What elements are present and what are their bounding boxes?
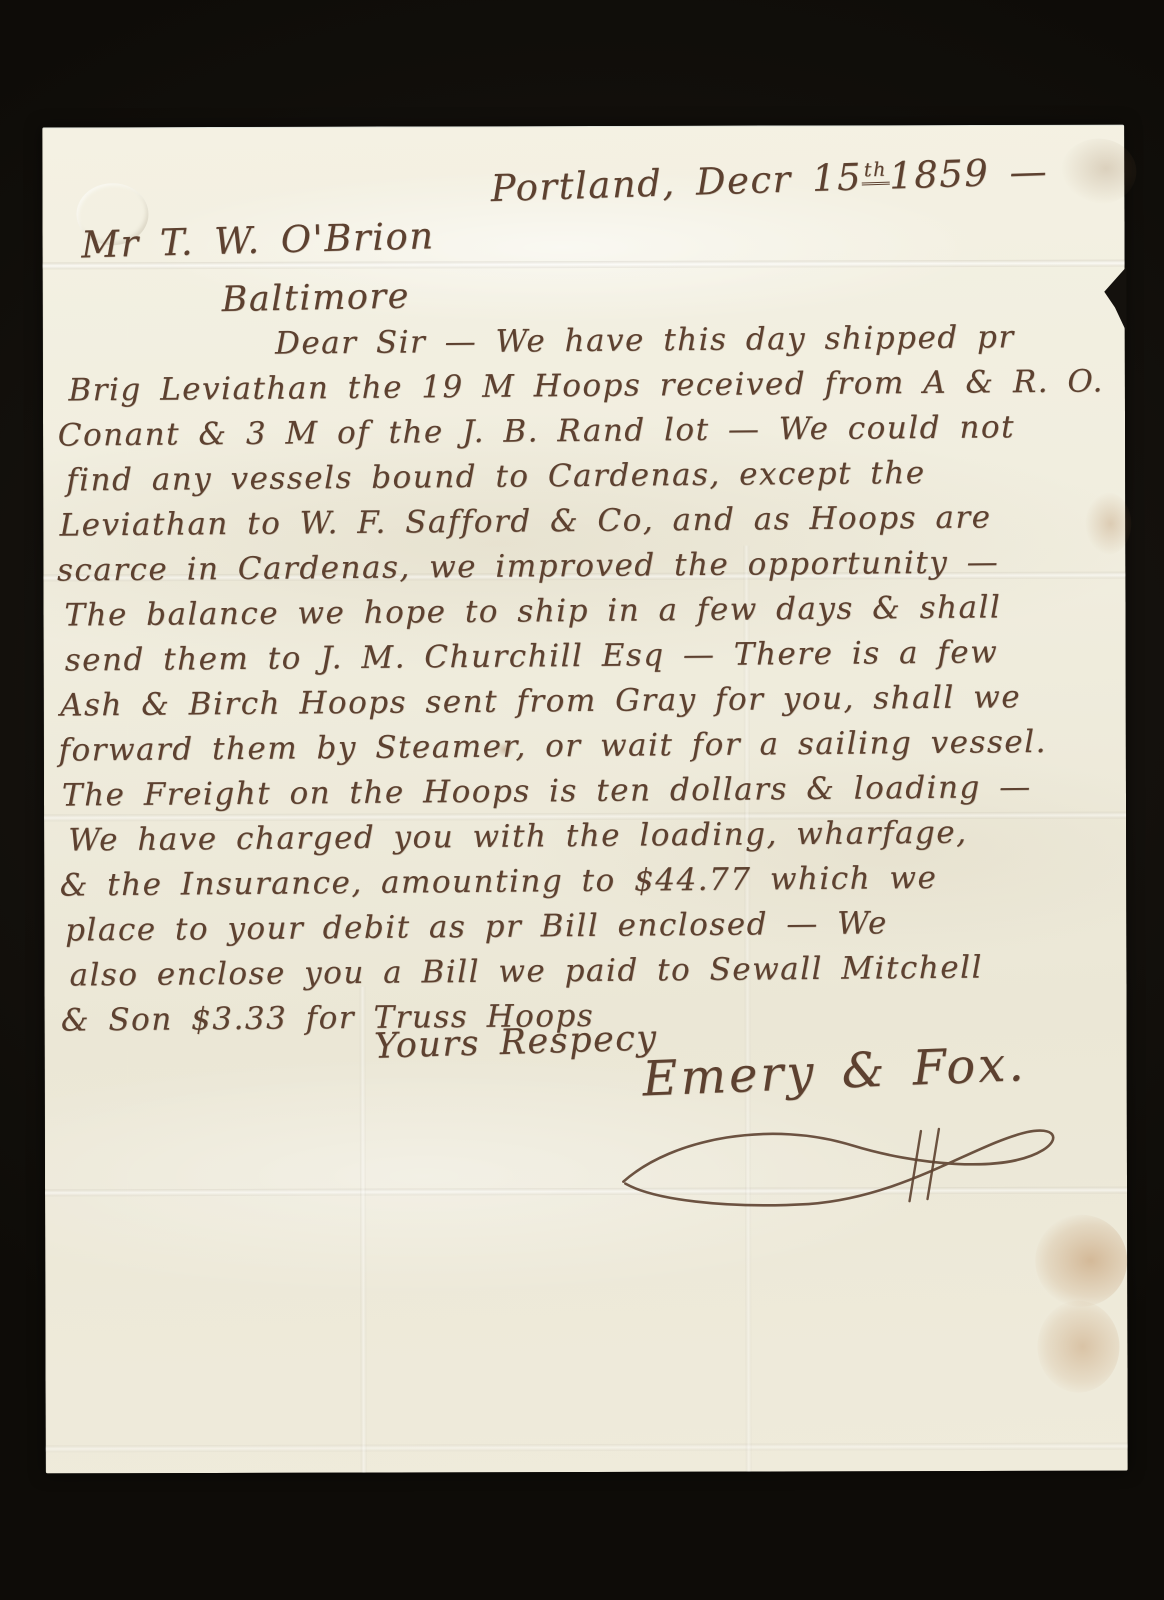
scan-background: Portland, Decr 15th1859 — Mr T. W. O'Bri… <box>0 0 1164 1600</box>
date-year: 1859 — <box>888 150 1048 198</box>
date-ordinal: th <box>861 157 889 185</box>
body-line: The balance we hope to ship in a few day… <box>64 589 1001 633</box>
body-line: The Freight on the Hoops is ten dollars … <box>62 769 1032 813</box>
handwritten-text: Portland, Decr 15th1859 — Mr T. W. O'Bri… <box>38 121 1132 1476</box>
body-line: We have charged you with the loading, wh… <box>68 815 967 859</box>
recipient-line: Mr T. W. O'Brion <box>81 214 436 266</box>
body-line: & the Insurance, amounting to $44.77 whi… <box>60 860 938 904</box>
body-line: Dear Sir — We have this day shipped pr <box>275 319 1015 361</box>
letter-paper: Portland, Decr 15th1859 — Mr T. W. O'Bri… <box>42 125 1128 1474</box>
body-line: send them to J. M. Churchill Esq — There… <box>65 634 999 678</box>
body-line: Conant & 3 M of the J. B. Rand lot — We … <box>58 409 1016 453</box>
closing-line: Yours Respecy <box>374 1018 659 1066</box>
body-line: also enclose you a Bill we paid to Sewal… <box>69 950 983 994</box>
body-line: find any vessels bound to Cardenas, exce… <box>66 455 926 498</box>
body-line: scarce in Cardenas, we improved the oppo… <box>57 544 999 588</box>
body-line: place to your debit as pr Bill enclosed … <box>65 905 888 948</box>
signature-flourish <box>603 1116 1074 1220</box>
date-place: Portland, Decr 15 <box>490 155 863 210</box>
body-line: Ash & Birch Hoops sent from Gray for you… <box>60 679 1021 723</box>
signature: Emery & Fox. <box>641 1036 1027 1107</box>
date-line: Portland, Decr 15th1859 — <box>490 150 1049 210</box>
body-line: Leviathan to W. F. Safford & Co, and as … <box>59 499 991 543</box>
body-line: forward them by Steamer, or wait for a s… <box>58 724 1047 769</box>
recipient-city-line: Baltimore <box>221 277 410 321</box>
body-line: Brig Leviathan the 19 M Hoops received f… <box>68 363 1104 408</box>
